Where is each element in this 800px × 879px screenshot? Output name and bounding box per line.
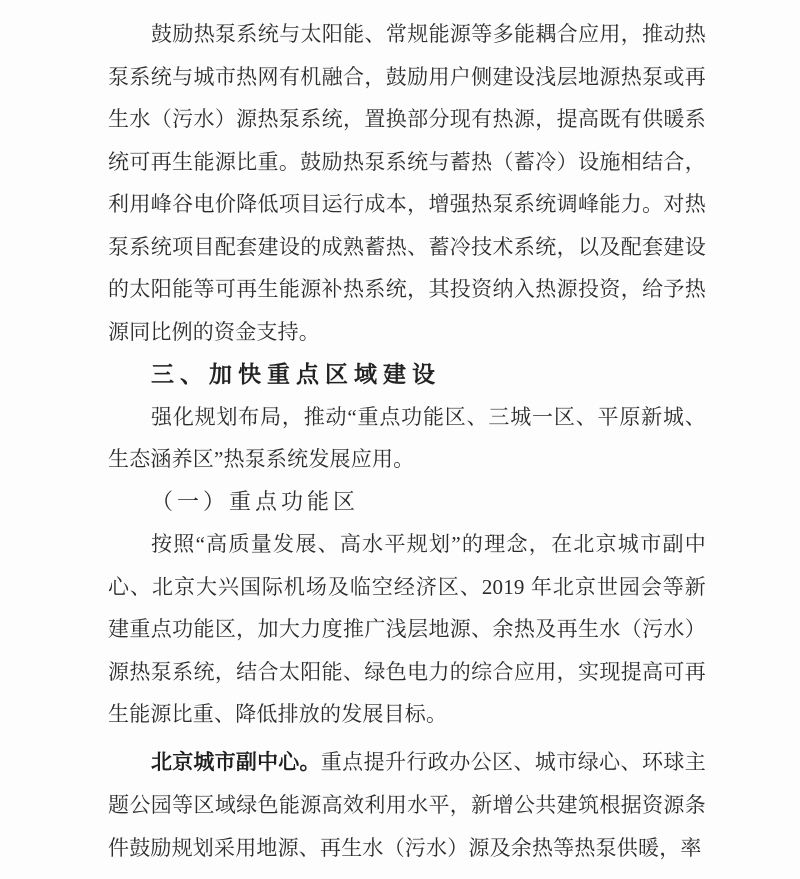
paragraph-planning-layout: 强化规划布局，推动“重点功能区、三城一区、平原新城、生态涵养区”热泵系统发展应用… — [108, 396, 706, 481]
subsection-heading-key-functional-zones: （一）重点功能区 — [108, 481, 706, 524]
paragraph-heat-pump-coupling: 鼓励热泵系统与太阳能、常规能源等多能耦合应用，推动热泵系统与城市热网有机融合，鼓… — [108, 13, 706, 353]
paragraph-lead-beijing-sub-center: 北京城市副中心。 — [151, 751, 321, 774]
paragraph-beijing-sub-center: 北京城市副中心。重点提升行政办公区、城市绿心、环球主题公园等区域绿色能源高效利用… — [108, 741, 706, 870]
section-heading-key-areas: 三、加快重点区域建设 — [108, 353, 706, 396]
paragraph-high-quality-development: 按照“高质量发展、高水平规划”的理念，在北京城市副中心、北京大兴国际机场及临空经… — [108, 523, 706, 736]
document-page: 鼓励热泵系统与太阳能、常规能源等多能耦合应用，推动热泵系统与城市热网有机融合，鼓… — [0, 0, 800, 879]
